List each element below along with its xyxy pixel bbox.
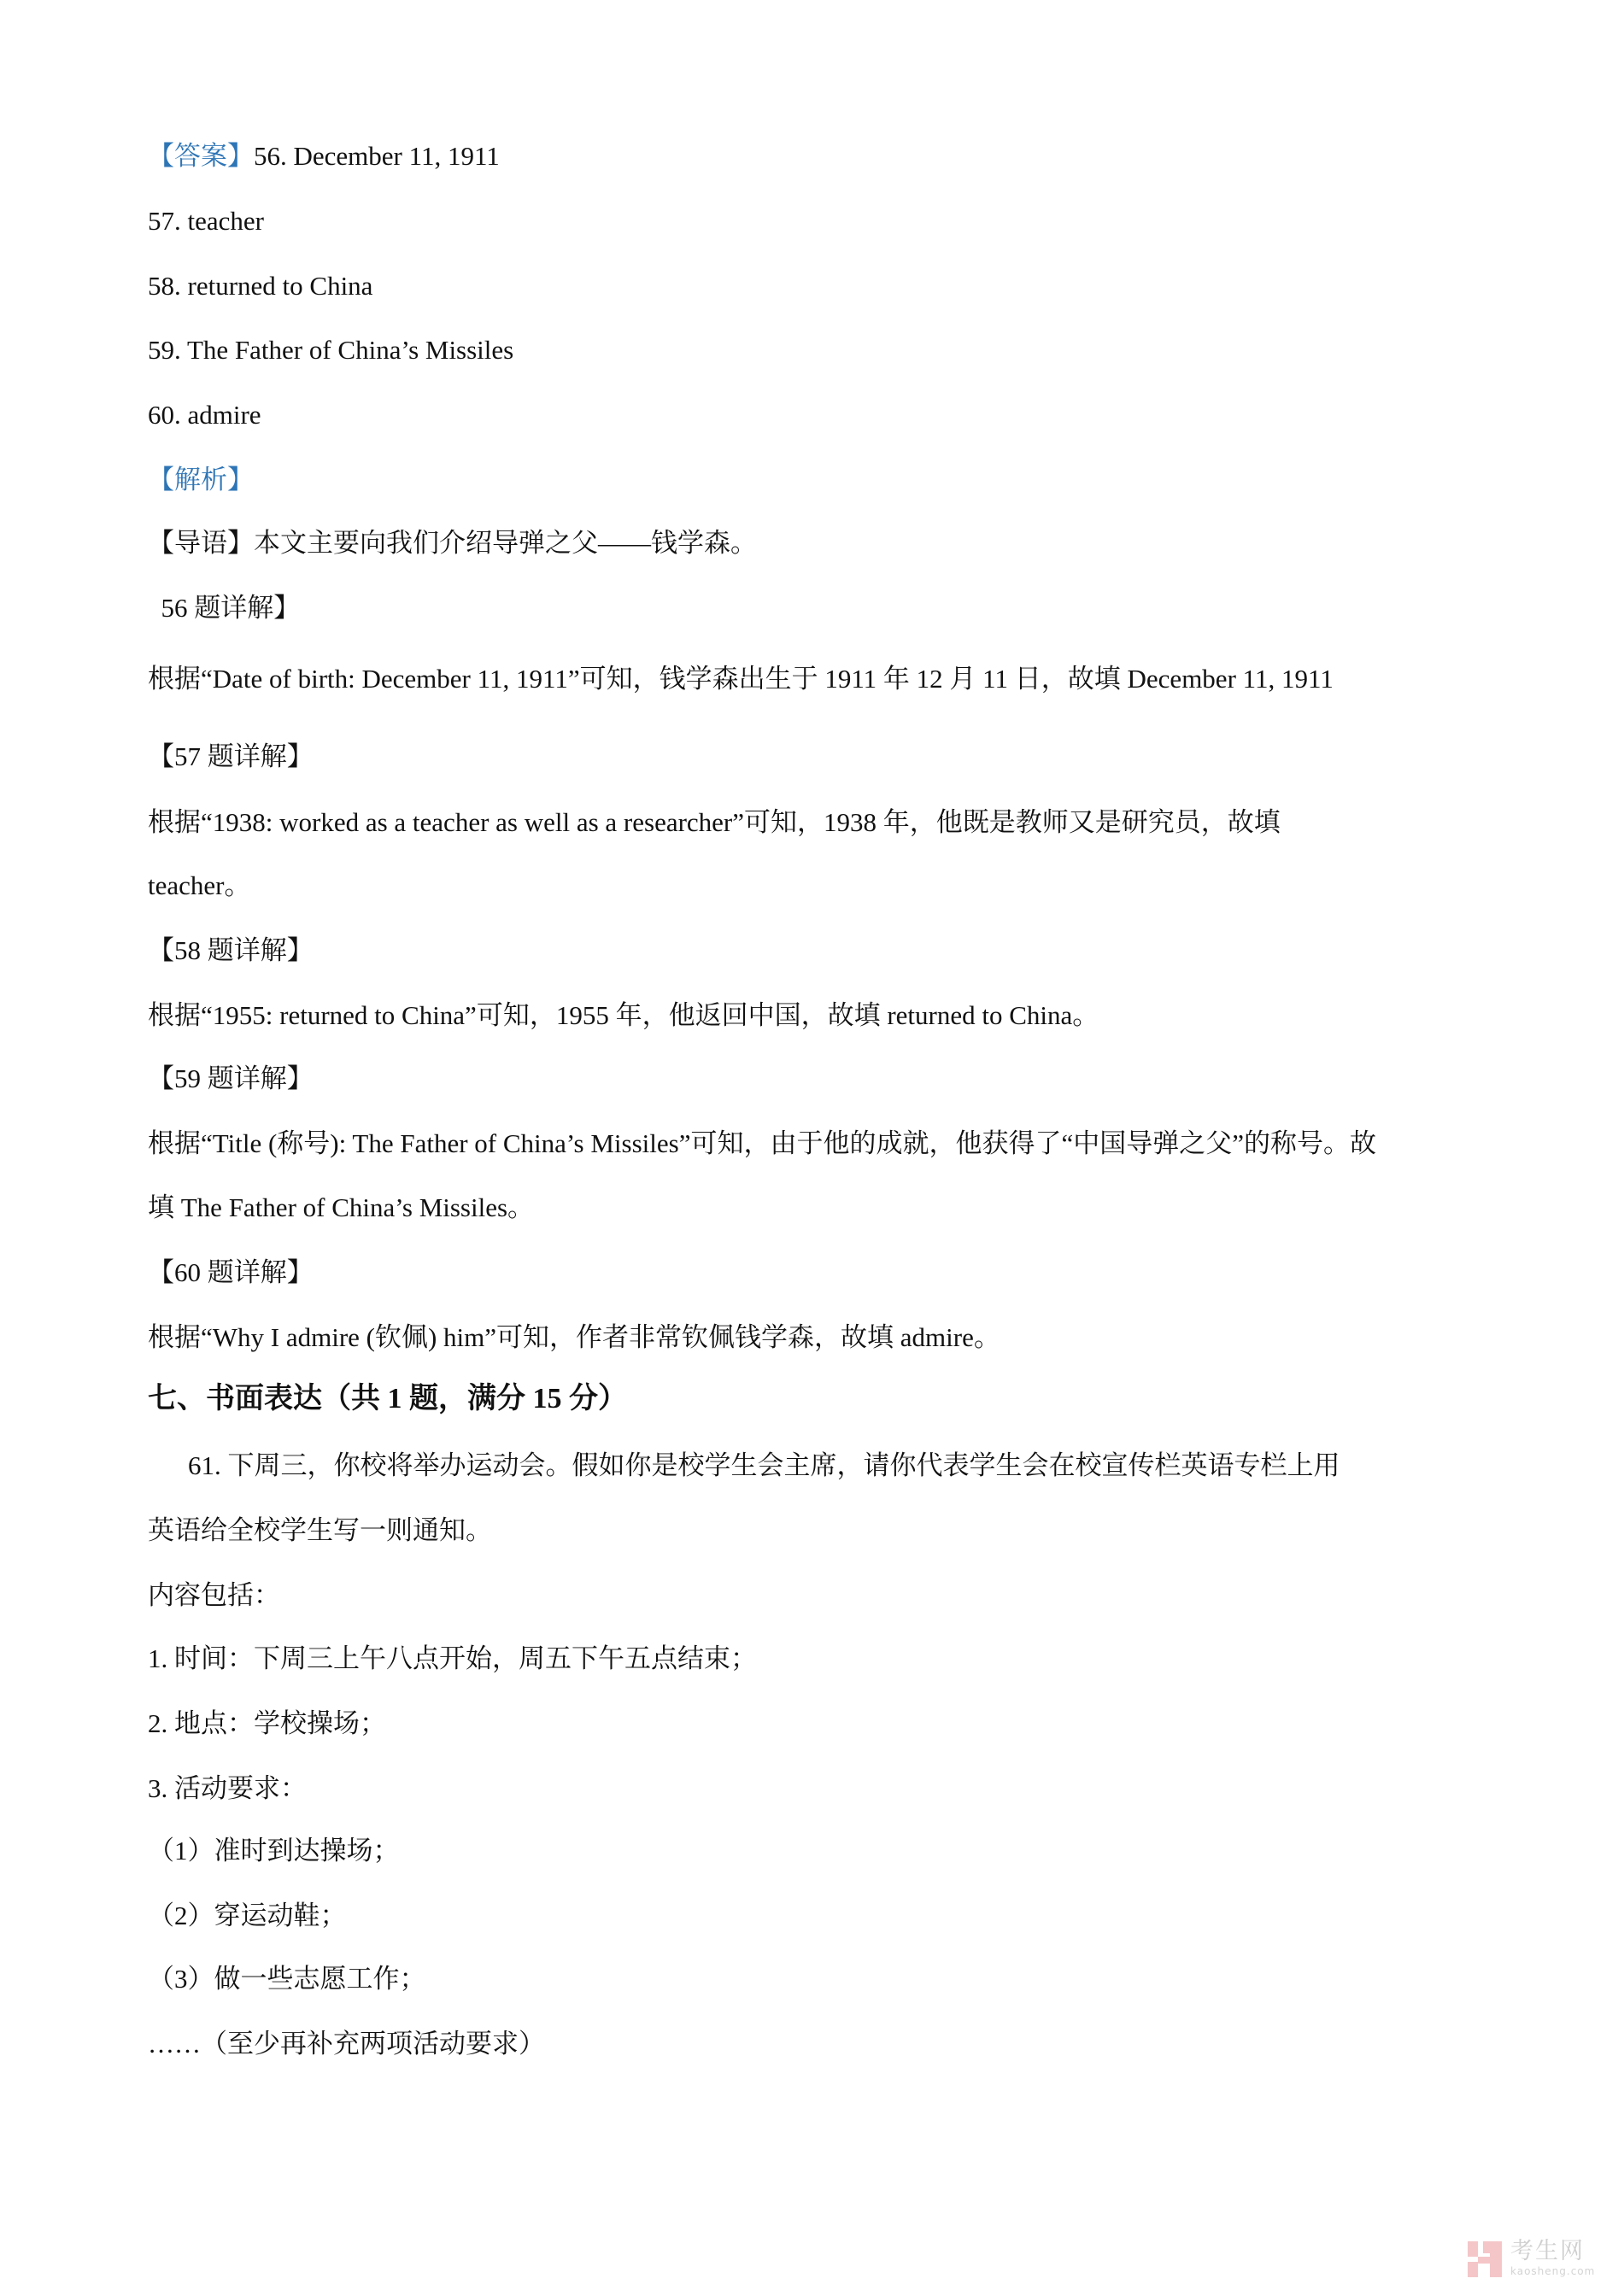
requirement-2: （2）穿运动鞋； xyxy=(148,1899,347,1933)
answer-58: 58. returned to China xyxy=(148,269,372,303)
analysis-label: 【解析】 xyxy=(148,463,254,497)
watermark: 考生网 kaosheng.com xyxy=(1468,2238,1613,2281)
answer-59: 59. The Father of China’s Missiles xyxy=(148,333,513,367)
point-place: 2. 地点：学校操场； xyxy=(148,1707,386,1741)
detail-60-text: 根据“Why I admire (钦佩) him”可知，作者非常钦佩钱学森，故填… xyxy=(148,1321,1000,1355)
detail-59-text-1: 根据“Title (称号): The Father of China’s Mis… xyxy=(148,1127,1376,1161)
section-heading: 七、书面表达（共 1 题，满分 15 分） xyxy=(148,1382,627,1416)
watermark-url: kaosheng.com xyxy=(1510,2265,1595,2277)
content-label: 内容包括： xyxy=(148,1578,280,1613)
answer-label: 【答案】 xyxy=(148,141,254,171)
point-time: 1. 时间：下周三上午八点开始，周五下午五点结束； xyxy=(148,1642,757,1676)
point-requirements: 3. 活动要求： xyxy=(148,1772,307,1806)
detail-58-text: 根据“1955: returned to China”可知，1955 年，他返回… xyxy=(148,999,1099,1033)
answer-60: 60. admire xyxy=(148,398,261,432)
detail-57-title: 【57 题详解】 xyxy=(148,740,314,774)
question-61-line-1: 61. 下周三，你校将举办运动会。假如你是校学生会主席，请你代表学生会在校宣传栏… xyxy=(188,1449,1340,1483)
analysis-intro: 【导语】本文主要向我们介绍导弹之父——钱学森。 xyxy=(148,526,757,560)
answer-56: 56. December 11, 1911 xyxy=(254,141,500,171)
question-61-line-2: 英语给全校学生写一则通知。 xyxy=(148,1514,492,1548)
detail-59-title: 【59 题详解】 xyxy=(148,1062,314,1096)
requirement-1: （1）准时到达操场； xyxy=(148,1834,400,1868)
requirement-more: ……（至少再补充两项活动要求） xyxy=(148,2027,545,2061)
detail-57-text-1: 根据“1938: worked as a teacher as well as … xyxy=(148,805,1281,840)
requirement-3: （3）做一些志愿工作； xyxy=(148,1962,426,1996)
answer-line-56: 【答案】56. December 11, 1911 xyxy=(148,139,500,173)
kaosheng-logo-icon xyxy=(1468,2241,1502,2277)
watermark-name: 考生网 xyxy=(1510,2238,1585,2265)
detail-56-title: 56 题详解】 xyxy=(148,591,300,625)
detail-58-title: 【58 题详解】 xyxy=(148,934,314,968)
detail-60-title: 【60 题详解】 xyxy=(148,1256,314,1290)
answer-57: 57. teacher xyxy=(148,204,264,238)
detail-59-text-2: 填 The Father of China’s Missiles。 xyxy=(148,1191,534,1225)
detail-57-text-2: teacher。 xyxy=(148,869,250,903)
detail-56-text: 根据“Date of birth: December 11, 1911”可知，钱… xyxy=(148,662,1334,696)
